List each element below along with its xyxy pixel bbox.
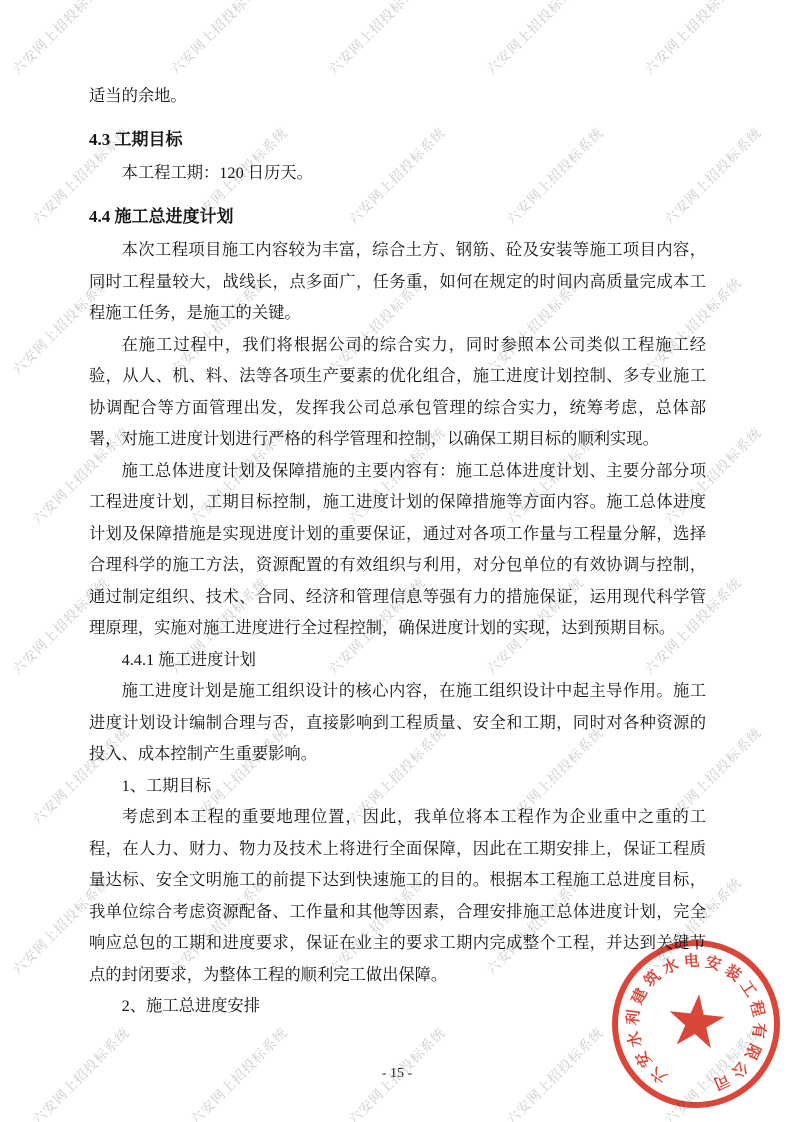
paragraph-schedule-core: 施工进度计划是施工组织设计的核心内容，在施工组织设计中起主导作用。施工进度计划设… <box>89 675 706 770</box>
section-heading-4-4: 4.4 施工总进度计划 <box>89 201 706 233</box>
seal-company-name-char: 电 <box>682 953 701 972</box>
subsection-heading-4-4-1: 4.4.1 施工进度计划 <box>89 644 706 676</box>
section-heading-4-3: 4.3 工期目标 <box>89 124 706 156</box>
paragraph-management-approach: 在施工过程中，我们将根据公司的综合实力，同时参照本公司类似工程施工经验，从人、机… <box>89 329 706 455</box>
paragraph-duration-goal-detail: 考虑到本工程的重要地理位置，因此，我单位将本工程作为企业重中之重的工程，在人力、… <box>89 801 706 990</box>
paragraph-scope-overview: 本次工程项目施工内容较为丰富，综合土方、钢筋、砼及安装等施工项目内容，同时工程量… <box>89 234 706 329</box>
paragraph-schedule-guarantee: 施工总体进度计划及保障措施的主要内容有：施工总体进度计划、主要分部分项工程进度计… <box>89 455 706 644</box>
list-item-duration-goal: 1、工期目标 <box>89 770 706 802</box>
company-seal-stamp: ★ 六安水利建筑水电安装工程有限公司 <box>604 932 789 1117</box>
carryover-paragraph-line: 适当的余地。 <box>89 80 706 112</box>
project-duration-line: 本工程工期：120 日历天。 <box>89 157 706 189</box>
seal-company-name-char: 利 <box>624 1008 644 1028</box>
seal-company-name-char: 有 <box>748 1021 768 1041</box>
seal-star-icon: ★ <box>660 982 732 1060</box>
document-body: 适当的余地。 4.3 工期目标 本工程工期：120 日历天。 4.4 施工总进度… <box>0 0 794 1022</box>
document-page: 六安网上招投标系统六安网上招投标系统六安网上招投标系统六安网上招投标系统六安网上… <box>0 0 794 1122</box>
